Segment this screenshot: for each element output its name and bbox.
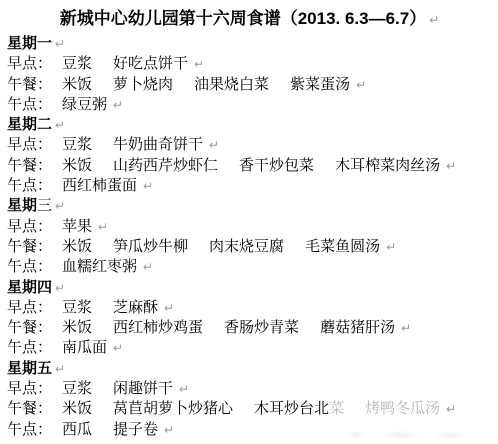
menu-item-text: 西红柿蛋面 bbox=[62, 177, 137, 194]
return-mark-icon: ↵ bbox=[164, 423, 174, 437]
return-mark-icon: ↵ bbox=[386, 240, 396, 254]
menu-row: 午点：南瓜面↵ bbox=[7, 338, 492, 358]
menu-item-text: 豆浆 bbox=[62, 136, 92, 153]
menu-document: 新城中心幼儿园第十六周食谱（2013. 6.3—6.7）↵ 星期一↵早点：豆浆好… bbox=[0, 0, 498, 440]
meal-label: 早点： bbox=[7, 380, 52, 397]
menu-item-text: 米饭 bbox=[62, 157, 92, 174]
menu-item-text: 毛菜鱼圆汤 bbox=[305, 238, 380, 255]
return-mark-icon: ↵ bbox=[55, 362, 65, 376]
menu-item: 豆浆 bbox=[62, 299, 92, 316]
menu-item: 豆浆 bbox=[62, 136, 92, 153]
menu-item-text: 西红柿炒鸡蛋 bbox=[113, 319, 203, 336]
menu-item: 紫菜蛋汤 bbox=[290, 76, 350, 93]
menu-item: 毛菜鱼圆汤 bbox=[305, 238, 380, 255]
menu-item-text: 绿豆粥 bbox=[62, 96, 107, 113]
menu-item: 木耳炒台北菜 bbox=[254, 400, 344, 417]
day-name: 星期 bbox=[7, 197, 37, 214]
menu-item-text: 油果烧白菜 bbox=[194, 76, 269, 93]
menu-item-text: 豆浆 bbox=[62, 380, 92, 397]
meal-label: 早点： bbox=[7, 218, 52, 235]
menu-item-text: 萝卜烧肉 bbox=[113, 76, 173, 93]
meal-label: 午点： bbox=[7, 339, 52, 356]
menu-row: 午餐：米饭笋瓜炒牛柳肉末烧豆腐毛菜鱼圆汤↵ bbox=[7, 237, 492, 257]
menu-item-text-faded: 烤鸭冬瓜汤 bbox=[365, 400, 440, 417]
menu-row: 早点：豆浆闲趣饼干↵ bbox=[7, 379, 492, 399]
menu-item-text: 提子卷 bbox=[113, 421, 158, 438]
menu-item: 萝卜烧肉 bbox=[113, 76, 173, 93]
menu-item-text: 紫菜蛋汤 bbox=[290, 76, 350, 93]
return-mark-icon: ↵ bbox=[446, 402, 456, 416]
menu-item: 山药西芹炒虾仁 bbox=[113, 157, 218, 174]
menu-row: 午餐：米饭山药西芹炒虾仁香干炒包菜木耳榨菜肉丝汤↵ bbox=[7, 156, 492, 176]
menu-item-text: 芝麻酥 bbox=[113, 299, 158, 316]
return-mark-icon: ↵ bbox=[446, 159, 456, 173]
return-mark-icon: ↵ bbox=[55, 281, 65, 295]
menu-item: 米饭 bbox=[62, 157, 92, 174]
menu-item: 好吃点饼干 bbox=[113, 55, 188, 72]
day-name: 星期四 bbox=[7, 279, 52, 296]
menu-item: 豆浆 bbox=[62, 380, 92, 397]
menu-item-text: 牛奶曲奇饼干 bbox=[113, 136, 203, 153]
return-mark-icon: ↵ bbox=[55, 37, 65, 51]
menu-item: 牛奶曲奇饼干 bbox=[113, 136, 203, 153]
menu-item: 芝麻酥 bbox=[113, 299, 158, 316]
menu-row: 早点：豆浆好吃点饼干↵ bbox=[7, 54, 492, 74]
return-mark-icon: ↵ bbox=[113, 98, 123, 112]
menu-item-text: 豆浆 bbox=[62, 55, 92, 72]
menu-item: 香干炒包菜 bbox=[239, 157, 314, 174]
menu-item: 西瓜 bbox=[62, 421, 92, 438]
menu-item-text: 山药西芹炒虾仁 bbox=[113, 157, 218, 174]
return-mark-icon: ↵ bbox=[113, 341, 123, 355]
menu-row: 午餐：米饭西红柿炒鸡蛋香肠炒青菜蘑菇猪肝汤↵ bbox=[7, 318, 492, 338]
menu-item: 闲趣饼干 bbox=[113, 380, 173, 397]
menu-item: 肉末烧豆腐 bbox=[209, 238, 284, 255]
menu-row: 早点：豆浆芝麻酥↵ bbox=[7, 298, 492, 318]
day-heading: 星期二↵ bbox=[7, 115, 492, 135]
menu-row: 午点：西红柿蛋面↵ bbox=[7, 176, 492, 196]
menu-row: 早点：苹果↵ bbox=[7, 217, 492, 237]
meal-label: 午点： bbox=[7, 258, 52, 275]
menu-item: 莴苣胡萝卜炒猪心 bbox=[113, 400, 233, 417]
menu-content: 星期一↵早点：豆浆好吃点饼干↵午餐：米饭萝卜烧肉油果烧白菜紫菜蛋汤↵午点：绿豆粥… bbox=[7, 34, 492, 440]
meal-label: 午餐： bbox=[7, 238, 52, 255]
menu-item: 西红柿蛋面 bbox=[62, 177, 137, 194]
return-mark-icon: ↵ bbox=[164, 301, 174, 315]
menu-item: 油果烧白菜 bbox=[194, 76, 269, 93]
return-mark-icon: ↵ bbox=[429, 13, 439, 27]
menu-item: 木耳榨菜肉丝汤 bbox=[335, 157, 440, 174]
menu-item-text-faded: 菜 bbox=[329, 400, 344, 417]
menu-item: 笋瓜炒牛柳 bbox=[113, 238, 188, 255]
return-mark-icon: ↵ bbox=[55, 199, 65, 213]
menu-item-text: 肉末烧豆腐 bbox=[209, 238, 284, 255]
meal-label: 午点： bbox=[7, 96, 52, 113]
menu-item-text: 米饭 bbox=[62, 400, 92, 417]
menu-item: 香肠炒青菜 bbox=[224, 319, 299, 336]
meal-label: 午餐： bbox=[7, 76, 52, 93]
menu-item-text: 莴苣胡萝卜炒猪心 bbox=[113, 400, 233, 417]
menu-item-text: 香干炒包菜 bbox=[239, 157, 314, 174]
menu-item-text: 米饭 bbox=[62, 319, 92, 336]
menu-item: 蘑菇猪肝汤 bbox=[320, 319, 395, 336]
return-mark-icon: ↵ bbox=[98, 220, 108, 234]
menu-item-text: 好吃点饼干 bbox=[113, 55, 188, 72]
day-name: 星期一 bbox=[7, 35, 52, 52]
menu-item-text: 香肠炒青菜 bbox=[224, 319, 299, 336]
menu-item-text: 南瓜面 bbox=[62, 339, 107, 356]
menu-row: 午餐：米饭萝卜烧肉油果烧白菜紫菜蛋汤↵ bbox=[7, 75, 492, 95]
day-name-rest: 三 bbox=[37, 197, 52, 214]
menu-item-text: 米饭 bbox=[62, 76, 92, 93]
menu-item-text: 木耳炒台北 bbox=[254, 400, 329, 417]
meal-label: 午点： bbox=[7, 177, 52, 194]
return-mark-icon: ↵ bbox=[401, 321, 411, 335]
day-name: 星期五 bbox=[7, 360, 52, 377]
menu-item-text: 苹果 bbox=[62, 218, 92, 235]
meal-label: 早点： bbox=[7, 136, 52, 153]
meal-label: 午点： bbox=[7, 421, 52, 438]
meal-label: 午餐： bbox=[7, 319, 52, 336]
menu-item: 提子卷 bbox=[113, 421, 158, 438]
return-mark-icon: ↵ bbox=[209, 138, 219, 152]
menu-item: 烤鸭冬瓜汤 bbox=[365, 400, 440, 417]
return-mark-icon: ↵ bbox=[356, 78, 366, 92]
meal-label: 早点： bbox=[7, 299, 52, 316]
day-name: 星期二 bbox=[7, 116, 52, 133]
menu-row: 午点：血糯红枣粥↵ bbox=[7, 257, 492, 277]
return-mark-icon: ↵ bbox=[179, 382, 189, 396]
menu-item: 米饭 bbox=[62, 319, 92, 336]
menu-item: 绿豆粥 bbox=[62, 96, 107, 113]
menu-item-text: 西瓜 bbox=[62, 421, 92, 438]
menu-row: 午餐：米饭莴苣胡萝卜炒猪心木耳炒台北菜烤鸭冬瓜汤↵ bbox=[7, 399, 492, 419]
menu-item: 米饭 bbox=[62, 238, 92, 255]
menu-item: 西红柿炒鸡蛋 bbox=[113, 319, 203, 336]
menu-item-text: 豆浆 bbox=[62, 299, 92, 316]
watermark bbox=[346, 428, 476, 441]
return-mark-icon: ↵ bbox=[194, 57, 204, 71]
meal-label: 午餐： bbox=[7, 157, 52, 174]
menu-item-text: 蘑菇猪肝汤 bbox=[320, 319, 395, 336]
day-heading: 星期五↵ bbox=[7, 359, 492, 379]
day-heading: 星期三↵ bbox=[7, 196, 492, 216]
menu-item-text: 闲趣饼干 bbox=[113, 380, 173, 397]
page-title: 新城中心幼儿园第十六周食谱（2013. 6.3—6.7） bbox=[60, 9, 427, 28]
day-heading: 星期一↵ bbox=[7, 34, 492, 54]
menu-item: 豆浆 bbox=[62, 55, 92, 72]
menu-item-text: 笋瓜炒牛柳 bbox=[113, 238, 188, 255]
menu-item-text: 米饭 bbox=[62, 238, 92, 255]
title-row: 新城中心幼儿园第十六周食谱（2013. 6.3—6.7）↵ bbox=[7, 5, 492, 34]
menu-item-text: 木耳榨菜肉丝汤 bbox=[335, 157, 440, 174]
menu-item: 血糯红枣粥 bbox=[62, 258, 137, 275]
day-heading: 星期四↵ bbox=[7, 278, 492, 298]
menu-row: 午点：绿豆粥↵ bbox=[7, 95, 492, 115]
return-mark-icon: ↵ bbox=[55, 118, 65, 132]
meal-label: 午餐： bbox=[7, 400, 52, 417]
return-mark-icon: ↵ bbox=[143, 260, 153, 274]
menu-item: 米饭 bbox=[62, 76, 92, 93]
menu-item-text: 血糯红枣粥 bbox=[62, 258, 137, 275]
menu-item: 苹果 bbox=[62, 218, 92, 235]
menu-row: 早点：豆浆牛奶曲奇饼干↵ bbox=[7, 135, 492, 155]
return-mark-icon: ↵ bbox=[143, 179, 153, 193]
menu-item: 米饭 bbox=[62, 400, 92, 417]
menu-item: 南瓜面 bbox=[62, 339, 107, 356]
meal-label: 早点： bbox=[7, 55, 52, 72]
